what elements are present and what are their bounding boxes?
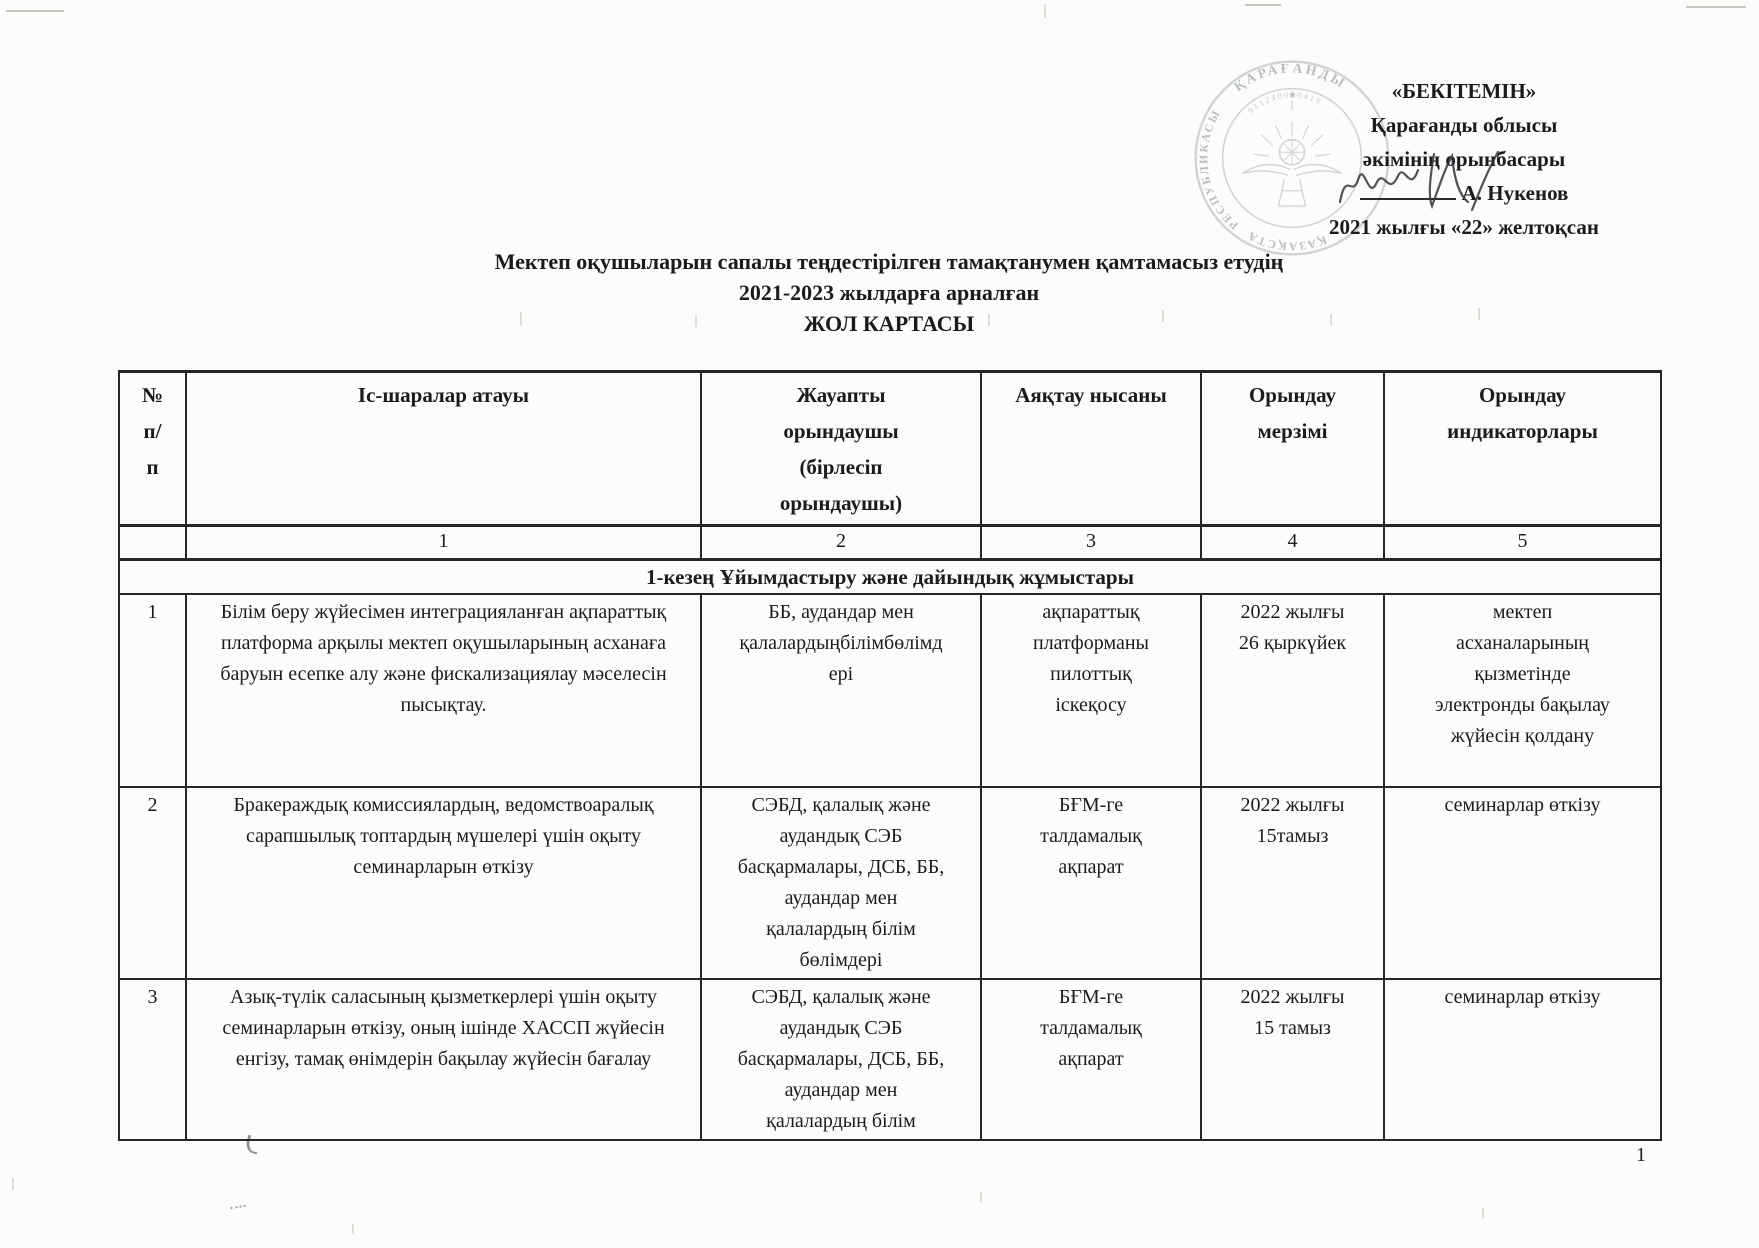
row-form: БҒМ-ге талдамалық ақпарат — [981, 979, 1201, 1140]
row-indicator: мектеп асханаларының қызметінде электрон… — [1384, 594, 1661, 787]
row-deadline: 2022 жылғы 26 қыркүйек — [1201, 594, 1384, 787]
svg-text:РЕСПУБЛИКАСЫ: РЕСПУБЛИКАСЫ — [1197, 107, 1241, 232]
row-executor: ББ, аудандар мен қалалардыңбілімбөлімд е… — [701, 594, 981, 787]
row-executor: СЭБД, қалалық және аудандық СЭБ басқарма… — [701, 979, 981, 1140]
colnum-empty — [119, 526, 186, 560]
scan-speck — [229, 1197, 245, 1209]
colnum-3: 3 — [981, 526, 1201, 560]
title-line-3: ЖОЛ КАРТАСЫ — [118, 308, 1660, 339]
scanned-document-page: ҚАРАҒАНДЫ РЕСПУБЛИКАСЫ ҚАЗАҚСТАН 9312400… — [0, 0, 1759, 1248]
row-activity: Білім беру жүйесімен интеграцияланған ақ… — [186, 594, 701, 787]
column-number-row: 1 2 3 4 5 — [119, 526, 1661, 560]
scan-artifact — [12, 1178, 14, 1190]
row-deadline: 2022 жылғы 15 тамыз — [1201, 979, 1384, 1140]
header-executor: Жауапты орындаушы (бірлесіп орындаушы) — [701, 372, 981, 526]
approval-region: Қарағанды облысы — [1268, 108, 1660, 142]
section-header: 1-кезең Ұйымдастыру және дайындық жұмыст… — [119, 560, 1661, 595]
row-form: ақпараттық платформаны пилоттық іскеқосу — [981, 594, 1201, 787]
row-number: 1 — [119, 594, 186, 787]
header-num: № п/ п — [119, 372, 186, 526]
colnum-2: 2 — [701, 526, 981, 560]
scan-artifact — [1686, 6, 1746, 8]
approval-word: «БЕКІТЕМІН» — [1268, 74, 1660, 108]
colnum-4: 4 — [1201, 526, 1384, 560]
header-form: Аяқтау нысаны — [981, 372, 1201, 526]
row-number: 2 — [119, 787, 186, 979]
signature-ink — [1322, 140, 1522, 220]
row-indicator: семинарлар өткізу — [1384, 979, 1661, 1140]
section-header-row: 1-кезең Ұйымдастыру және дайындық жұмыст… — [119, 560, 1661, 595]
title-line-1: Мектеп оқушыларын сапалы теңдестірілген … — [118, 246, 1660, 277]
table-row: 1 Білім беру жүйесімен интеграцияланған … — [119, 594, 1661, 787]
scan-artifact — [980, 1192, 982, 1203]
scan-artifact — [1482, 1208, 1484, 1219]
road-map-table: № п/ п Іс-шаралар атауы Жауапты орындауш… — [118, 370, 1662, 1141]
colnum-5: 5 — [1384, 526, 1661, 560]
header-deadline: Орындау мерзімі — [1201, 372, 1384, 526]
row-indicator: семинарлар өткізу — [1384, 787, 1661, 979]
table-row: 2 Бракераждық комиссиялардың, ведомствоа… — [119, 787, 1661, 979]
header-indicator: Орындау индикаторлары — [1384, 372, 1661, 526]
table-row: 3 Азық-түлік саласының қызметкерлері үші… — [119, 979, 1661, 1140]
page-number: 1 — [1636, 1144, 1646, 1167]
row-form: БҒМ-ге талдамалық ақпарат — [981, 787, 1201, 979]
row-executor: СЭБД, қалалық және аудандық СЭБ басқарма… — [701, 787, 981, 979]
row-number: 3 — [119, 979, 186, 1140]
scan-artifact — [1245, 4, 1281, 6]
title-line-2: 2021-2023 жылдарға арналған — [118, 277, 1660, 308]
scan-artifact — [1044, 4, 1046, 18]
scan-artifact — [6, 10, 64, 12]
header-activity: Іс-шаралар атауы — [186, 372, 701, 526]
table-header-row: № п/ п Іс-шаралар атауы Жауапты орындауш… — [119, 372, 1661, 526]
document-title: Мектеп оқушыларын сапалы теңдестірілген … — [118, 246, 1660, 339]
colnum-1: 1 — [186, 526, 701, 560]
scan-artifact — [352, 1224, 354, 1234]
row-activity: Азық-түлік саласының қызметкерлері үшін … — [186, 979, 701, 1140]
stamp-arc-left-text: РЕСПУБЛИКАСЫ — [1197, 107, 1241, 232]
row-activity: Бракераждық комиссиялардың, ведомствоара… — [186, 787, 701, 979]
row-deadline: 2022 жылғы 15тамыз — [1201, 787, 1384, 979]
